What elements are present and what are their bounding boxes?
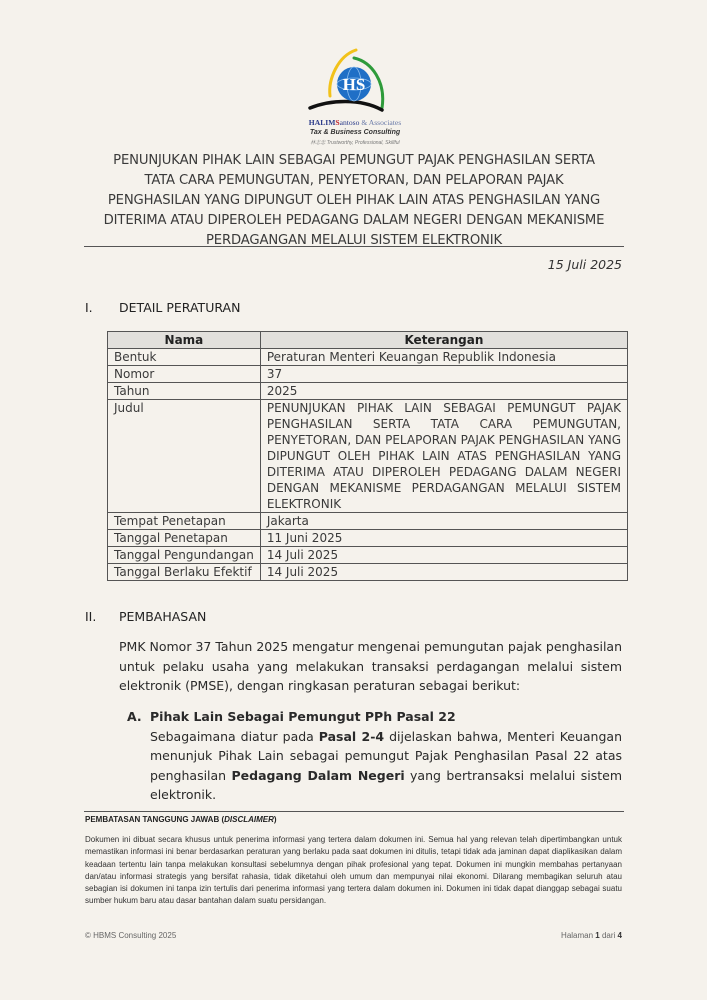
- row-name: Tanggal Berlaku Efektif: [108, 564, 261, 581]
- section-number: I.: [85, 300, 93, 315]
- table-header-row: Nama Keterangan: [108, 332, 628, 349]
- row-name: Bentuk: [108, 349, 261, 366]
- disclaimer-title: PEMBATASAN TANGGUNG JAWAB (DISCLAIMER): [85, 815, 277, 824]
- row-value: 11 Juni 2025: [260, 530, 627, 547]
- section-label: DETAIL PERATURAN: [119, 300, 240, 315]
- title-line: TATA CARA PEMUNGUTAN, PENYETORAN, DAN PE…: [84, 171, 624, 191]
- subsection-body: Sebagaimana diatur pada Pasal 2-4 dijela…: [150, 727, 622, 805]
- title-line: PENUNJUKAN PIHAK LAIN SEBAGAI PEMUNGUT P…: [84, 151, 624, 171]
- row-value: 37: [260, 366, 627, 383]
- document-date: 15 Juli 2025: [548, 257, 622, 272]
- table-row: Nomor 37: [108, 366, 628, 383]
- logo-globe-icon: HS: [290, 44, 420, 120]
- disclaimer-divider: [84, 811, 624, 812]
- row-value: Peraturan Menteri Keuangan Republik Indo…: [260, 349, 627, 366]
- logo-tagline: 林志忠 Trustworthy, Professional, Skillful: [290, 139, 420, 146]
- table-row: Tanggal Pengundangan 14 Juli 2025: [108, 547, 628, 564]
- title-line: PERDAGANGAN MELALUI SISTEM ELEKTRONIK: [84, 231, 624, 251]
- table-row: Tanggal Berlaku Efektif 14 Juli 2025: [108, 564, 628, 581]
- subsection-letter: A.: [127, 707, 142, 727]
- section-label: PEMBAHASAN: [119, 609, 206, 624]
- row-name: Tahun: [108, 383, 261, 400]
- svg-text:HS: HS: [343, 75, 366, 94]
- row-name: Judul: [108, 400, 261, 513]
- table-row: Judul PENUNJUKAN PIHAK LAIN SEBAGAI PEMU…: [108, 400, 628, 513]
- footer-page-number: Halaman 1 dari 4: [561, 931, 622, 940]
- title-line: DITERIMA ATAU DIPEROLEH PEDAGANG DALAM N…: [84, 211, 624, 231]
- row-value: 14 Juli 2025: [260, 564, 627, 581]
- row-name: Tanggal Penetapan: [108, 530, 261, 547]
- regulation-detail-table: Nama Keterangan Bentuk Peraturan Menteri…: [107, 331, 628, 581]
- section-number: II.: [85, 609, 96, 624]
- table-row: Tempat Penetapan Jakarta: [108, 513, 628, 530]
- intro-paragraph: PMK Nomor 37 Tahun 2025 mengatur mengena…: [119, 637, 622, 696]
- footer-copyright: © HBMS Consulting 2025: [85, 931, 176, 940]
- row-value: Jakarta: [260, 513, 627, 530]
- company-logo: HS HALIMSantoso & Associates Tax & Busin…: [290, 44, 420, 150]
- title-divider: [84, 246, 624, 247]
- row-name: Tanggal Pengundangan: [108, 547, 261, 564]
- row-name: Tempat Penetapan: [108, 513, 261, 530]
- row-name: Nomor: [108, 366, 261, 383]
- disclaimer-body: Dokumen ini dibuat secara khusus untuk p…: [85, 834, 622, 908]
- row-value: 14 Juli 2025: [260, 547, 627, 564]
- row-value: PENUNJUKAN PIHAK LAIN SEBAGAI PEMUNGUT P…: [260, 400, 627, 513]
- column-header-keterangan: Keterangan: [260, 332, 627, 349]
- logo-brand-name: HALIMSantoso & Associates: [290, 118, 420, 127]
- title-line: PENGHASILAN YANG DIPUNGUT OLEH PIHAK LAI…: [84, 191, 624, 211]
- table-row: Tanggal Penetapan 11 Juni 2025: [108, 530, 628, 547]
- column-header-nama: Nama: [108, 332, 261, 349]
- table-row: Tahun 2025: [108, 383, 628, 400]
- document-title: PENUNJUKAN PIHAK LAIN SEBAGAI PEMUNGUT P…: [84, 151, 624, 251]
- row-value: 2025: [260, 383, 627, 400]
- subsection-heading: Pihak Lain Sebagai Pemungut PPh Pasal 22: [150, 707, 456, 727]
- logo-subtitle: Tax & Business Consulting: [290, 129, 420, 136]
- table-row: Bentuk Peraturan Menteri Keuangan Republ…: [108, 349, 628, 366]
